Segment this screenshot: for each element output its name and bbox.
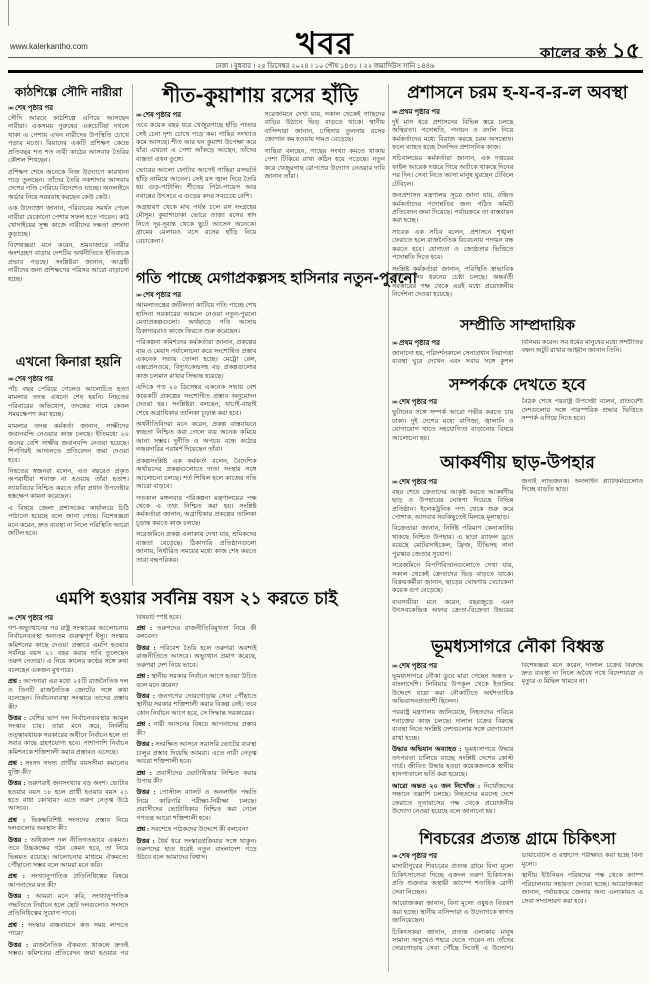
article-body: »»প্রথম পৃষ্ঠার পর দুই মাস ধরে প্রশাসনের… (392, 108, 643, 304)
continued-marker: »» (392, 478, 397, 486)
paragraph: সরেজমিনে দেখা যায়, সকাল থেকেই গাছিদের ব… (265, 111, 386, 145)
continued-marker: »» (392, 108, 397, 116)
byline-text: শেষ পৃষ্ঠার পর (15, 614, 53, 622)
headline: গতি পাচ্ছে মেগাপ্রকল্পসহ হাসিনার নতুন-পু… (136, 270, 385, 287)
paragraph: সচিবালয়ের কর্মকর্তারা জানান, এক দপ্তরের… (392, 155, 514, 189)
paragraph: উদ্ধার অভিযান অব্যাহত : ভূমধ্যসাগরে উদ্ধ… (392, 746, 514, 780)
paragraph: প্রশ্ন : স্থানীয় সরকার নির্বাচন আগে হওয… (136, 673, 256, 690)
headline: শীত-কুয়াশায় রসের হাঁড়ি (136, 84, 385, 107)
byline-text: শেষ পৃষ্ঠার পর (15, 375, 53, 383)
headline: শিবচরের প্রত্যন্ত গ্রামে চিকিৎসা (392, 830, 643, 848)
article-megaprojects: গতি পাচ্ছে মেগাপ্রকল্পসহ হাসিনার নতুন-পু… (136, 270, 385, 573)
column-divider-left (132, 84, 133, 586)
headline: কাঠশিল্পে সৌদি নারীরা (8, 86, 129, 100)
article-body: »»শেষ পৃষ্ঠার পর ভূমধ্যসাগরে নৌকা ডুবে ম… (392, 662, 643, 824)
paragraph: প্রকল্পসংশ্লিষ্ট এক কর্মকর্তা বলেন, বৈদে… (136, 458, 257, 492)
paragraph: স্থানীয় ইউনিয়ন পরিষদের পক্ষ থেকে ক্যাম… (522, 872, 644, 906)
headline: এমপি হওয়ার সর্বনিম্ন বয়স ২১ করতে চাই (8, 590, 385, 610)
paragraph: মাদারীপুরের শিবচরের প্রত্যন্ত গ্রামে বিন… (392, 863, 514, 897)
headline: এখনো কিনারা হয়নি (8, 356, 129, 371)
paragraph: পররাষ্ট্র মন্ত্রণালয় জানিয়েছে, নিহতদের… (392, 709, 514, 743)
paragraph: গতকাল মঙ্গলবার পরিকল্পনা মন্ত্রণালয়ের প… (136, 495, 257, 529)
article-body: »»শেষ পৃষ্ঠার পর ভুটানের সঙ্গে সম্পর্ক আ… (392, 398, 643, 448)
article-body: »»শেষ পৃষ্ঠার পর পাঁচ বছর পেরিয়ে গেলেও … (8, 375, 129, 579)
article-shibchar-medical: শিবচরের প্রত্যন্ত গ্রামে চিকিৎসা »»শেষ প… (392, 830, 643, 964)
paragraph: উত্তর : পরিবেশ তৈরি হলে তরুণরা অবশ্যই রা… (136, 645, 256, 670)
paragraph: উত্তর : ধৈর্য ধরে সংস্কারপ্রক্রিয়ার সঙ্… (136, 838, 256, 863)
paragraph: এ বিষয়ে জেলা প্রশাসকের কার্যালয়ে চিঠি … (8, 505, 129, 539)
paragraph: প্রশ্ন : তরুণদের রাজনীতিবিমুখতা নিয়ে কী… (136, 625, 256, 642)
byline-text: প্রথম পৃষ্ঠার পর (399, 108, 440, 116)
continued-marker: »» (392, 339, 397, 347)
paragraph: বিক্রেতারা জানান, নির্দিষ্ট পরিমাণ কেনাক… (392, 525, 514, 559)
paragraph: মামলার তদন্ত কর্মকর্তা জানান, সাক্ষীদের … (8, 423, 129, 465)
paragraph: প্রশ্ন : সংস্কার বাস্তবায়নে কত সময় লাগ… (8, 922, 128, 939)
article-communal-harmony: সম্প্রীতি সাম্প্রদায়িক »»প্রথম পৃষ্ঠার … (392, 318, 643, 373)
headline: প্রশাসনে চরম হ-য-ব-র-ল অবস্থা (392, 84, 643, 104)
byline: »»শেষ পৃষ্ঠার পর (8, 614, 128, 623)
article-body: »»শেষ পৃষ্ঠার পর তবে কয়েক বছর ধরে খেজুর… (136, 111, 385, 257)
paragraph: প্রশিক্ষণ শেষে অনেকে নিজ উদ্যোগে কারখানা… (8, 169, 129, 203)
byline-text: শেষ পৃষ্ঠার পর (399, 478, 437, 486)
paragraph: বৈঠক শেষে পররাষ্ট্র উপদেষ্টা বলেন, প্রতি… (522, 398, 644, 423)
paragraph: উত্তর : আমরা মনে করি, সংখ্যানুপাতিক পদ্ধ… (8, 893, 128, 918)
paragraph: প্রশ্ন : সংসদ সদস্য প্রার্থীর বয়সসীমা ক… (8, 760, 128, 777)
paragraph: জনপ্রশাসন মন্ত্রণালয় সূত্রে জানা যায়, … (392, 192, 514, 226)
paragraph: এদিকে গত ২০ ডিসেম্বর একনেক সভায় বেশ কয়… (136, 384, 257, 418)
article-no-resolution: এখনো কিনারা হয়নি »»শেষ পৃষ্ঠার পর পাঁচ … (8, 356, 129, 579)
paragraph: ভোরের আলো ফোটার আগেই গাছিরা রসভর্তি হাঁড… (136, 167, 257, 201)
paragraph: গণ-অভ্যুত্থানের পর রাষ্ট্র সংস্কারের আলো… (8, 625, 128, 676)
byline: »»শেষ পৃষ্ঠার পর (392, 398, 514, 407)
byline: »»শেষ পৃষ্ঠার পর (392, 852, 514, 861)
continued-marker: »» (392, 398, 397, 406)
article-winter-juice: শীত-কুয়াশায় রসের হাঁড়ি »»শেষ পৃষ্ঠার … (136, 84, 385, 257)
article-relations: সম্পর্ককে দেখতে হবে »»শেষ পৃষ্ঠার পর ভুট… (392, 376, 643, 448)
paragraph: সরেজমিনে প্রকল্প এলাকায় দেখা যায়, শ্রম… (136, 531, 257, 565)
paragraph: নিহতের স্বজনরা বলেন, এত বছরেও প্রকৃত অপর… (8, 468, 129, 502)
article-body: »»শেষ পৃষ্ঠার পর সৌদি আরবে কাঠশিল্পে এগি… (8, 104, 129, 342)
headline: সম্পর্ককে দেখতে হবে (392, 376, 643, 394)
paragraph: এক উদ্যোক্তা জানান, পরিবারের সমর্থন পেলে… (8, 205, 129, 239)
byline: »»শেষ পৃষ্ঠার পর (136, 291, 257, 300)
headline: আকর্ষণীয় ছাড়-উপহার (392, 454, 643, 474)
continued-marker: »» (136, 291, 141, 299)
paragraph: উত্তর : জনগণের দোরগোড়ায় সেবা পৌঁছাতে স… (136, 693, 256, 718)
paragraph: অর্থনীতিবিদরা মনে করেন, প্রকল্প বাস্তবায… (136, 421, 257, 455)
headline: সম্প্রীতি সাম্প্রদায়িক (392, 318, 643, 335)
byline: »»শেষ পৃষ্ঠার পর (392, 478, 514, 487)
continued-marker: »» (8, 614, 13, 622)
byline-text: শেষ পৃষ্ঠার পর (399, 662, 437, 670)
paragraph: আমলাতন্ত্রের জটিলতা কাটিয়ে গতি পাচ্ছে শ… (136, 302, 257, 336)
paragraph: উত্তর : বেশির ভাগ দল নির্বাচনব্যবস্থার আ… (8, 715, 128, 757)
byline-text: শেষ পৃষ্ঠার পর (399, 852, 437, 860)
paragraph: প্রশ্ন : প্রবাসীদের ভোটাধিকার নিশ্চিত কর… (136, 770, 256, 787)
article-administration-chaos: প্রশাসনে চরম হ-য-ব-র-ল অবস্থা »»প্রথম পৃ… (392, 84, 643, 304)
paragraph: অগ্রহায়ণ থেকে মাঘ পর্যন্ত চলে রস সংগ্রহ… (136, 204, 257, 246)
paragraph: পরিকল্পনা কমিশনের কর্মকর্তারা জানান, প্র… (136, 339, 257, 381)
paragraph: প্রশ্ন : আপনারা এর মধ্যে ২৫টি রাজনৈতিক দ… (8, 678, 128, 712)
paragraph: আরো অন্তত ২০ জন নিখোঁজ : নিখোঁজদের সন্ধা… (392, 783, 514, 817)
paragraph: উত্তর : পোস্টাল ব্যালট ও অনলাইন পদ্ধতি ন… (136, 789, 256, 823)
article-body: »»প্রথম পৃষ্ঠার পর জানানো হয়, পরিদর্শনক… (392, 339, 643, 373)
byline-text: শেষ পৃষ্ঠার পর (143, 291, 181, 299)
column-divider-right (388, 84, 389, 972)
paragraph: বিশেষজ্ঞরা মনে করেন, দালাল চক্রের বিরুদ্… (522, 662, 644, 687)
paragraph: দুই মাস ধরে প্রশাসনের বিভিন্ন স্তরে চলছে… (392, 119, 514, 153)
article-body: »»শেষ পৃষ্ঠার পর আমলাতন্ত্রের জটিলতা কাট… (136, 291, 385, 573)
paragraph: ভূমধ্যসাগরে নৌকা ডুবে মারা গেছেন অন্তত ৮… (392, 673, 514, 707)
byline-text: শেষ পৃষ্ঠার পর (143, 111, 181, 119)
byline: »»শেষ পৃষ্ঠার পর (8, 375, 129, 384)
article-body: »»শেষ পৃষ্ঠার পর মাদারীপুরের শিবচরের প্র… (392, 852, 643, 964)
byline: »»শেষ পৃষ্ঠার পর (8, 104, 129, 113)
continued-marker: »» (392, 852, 397, 860)
continued-marker: »» (8, 104, 13, 112)
continued-marker: »» (136, 111, 141, 119)
byline-text: শেষ পৃষ্ঠার পর (15, 104, 53, 112)
paragraph: তবে কয়েক বছর ধরে খেজুরগাছে হাঁড়ি পাতার… (136, 122, 257, 164)
byline: »»প্রথম পৃষ্ঠার পর (392, 339, 514, 348)
article-mediterranean-boat: ভূমধ্যসাগরে নৌকা বিধ্বস্ত »»শেষ পৃষ্ঠার … (392, 638, 643, 824)
paragraph: উত্তর : সংরক্ষিত আসনে সরাসরি ভোটের ব্যবস… (136, 741, 256, 766)
paragraph: বিশেষজ্ঞরা মনে করেন, শ্রমবাজারে নারীর অং… (8, 242, 129, 284)
paragraph: সরেজমিনে বিপণিবিতানগুলোতে দেখা যায়, সকা… (392, 562, 514, 596)
paragraph: উত্তর : অধিকাংশ দল নীতিগতভাবে একমত। তবে … (8, 837, 128, 871)
byline-text: প্রথম পৃষ্ঠার পর (399, 339, 440, 347)
article-body: »»শেষ পৃষ্ঠার পর গণ-অভ্যুত্থানের পর রাষ্… (8, 614, 385, 966)
byline: »»শেষ পৃষ্ঠার পর (392, 662, 514, 671)
paragraph: প্রশ্ন : সবশেষে পাঠকদের উদ্দেশে কী বলবেন… (136, 826, 256, 834)
paragraph: প্রশ্ন : সংখ্যানুপাতিক প্রতিনিধিত্বের বি… (8, 873, 128, 890)
byline: »»শেষ পৃষ্ঠার পর (136, 111, 257, 120)
header-rule-thick (8, 70, 643, 73)
article-discount-gifts: আকর্ষণীয় ছাড়-উপহার »»শেষ পৃষ্ঠার পর বছ… (392, 454, 643, 632)
paragraph: সাবেক এক সচিব বলেন, প্রশাসনে শৃঙ্খলা ফের… (392, 229, 514, 263)
byline-text: শেষ পৃষ্ঠার পর (399, 398, 437, 406)
newspaper-page: { "header": { "website": "www.kalerkanth… (0, 0, 650, 984)
paragraph: আয়োজকরা জানান, বিনা মূল্যে ওষুধও বিতরণ … (392, 900, 514, 925)
byline: »»প্রথম পৃষ্ঠার পর (392, 108, 514, 117)
paragraph: সৌদি আরবে কাঠশিল্পে এগিয়ে আসছেন নারীরা।… (8, 115, 129, 166)
paragraph: পাঁচ বছর পেরিয়ে গেলেও আলোচিত হত্যা মামল… (8, 386, 129, 420)
paragraph: উত্তর : তরুণরাই জনসংখ্যার বড় অংশ। ভোটার… (8, 780, 128, 814)
headline: ভূমধ্যসাগরে নৌকা বিধ্বস্ত (392, 638, 643, 658)
paragraph: প্রশ্ন : দ্বিকক্ষবিশিষ্ট সংসদের প্রস্তাব… (8, 817, 128, 834)
continued-marker: »» (8, 375, 13, 383)
paragraph: বছর শেষে ক্রেতাদের আকৃষ্ট করতে আকর্ষণীয়… (392, 489, 514, 523)
article-body: »»শেষ পৃষ্ঠার পর বছর শেষে ক্রেতাদের আকৃষ… (392, 478, 643, 632)
article-saudi-women: কাঠশিল্পে সৌদি নারীরা »»শেষ পৃষ্ঠার পর স… (8, 86, 129, 342)
paragraph: প্রশ্ন : নারী আসনের বিষয়ে আপনাদের প্রস্… (136, 721, 256, 738)
paragraph: ভুটানের সঙ্গে সম্পর্ক আরো গভীর করতে চায়… (392, 409, 514, 443)
paragraph: গাছিরা বলছেন, গাছের সংখ্যা কমতে থাকায় প… (265, 148, 386, 182)
article-mp-minimum-age: এমপি হওয়ার সর্বনিম্ন বয়স ২১ করতে চাই »… (8, 590, 385, 966)
continued-marker: »» (392, 662, 397, 670)
header-rule-thin (8, 57, 643, 58)
